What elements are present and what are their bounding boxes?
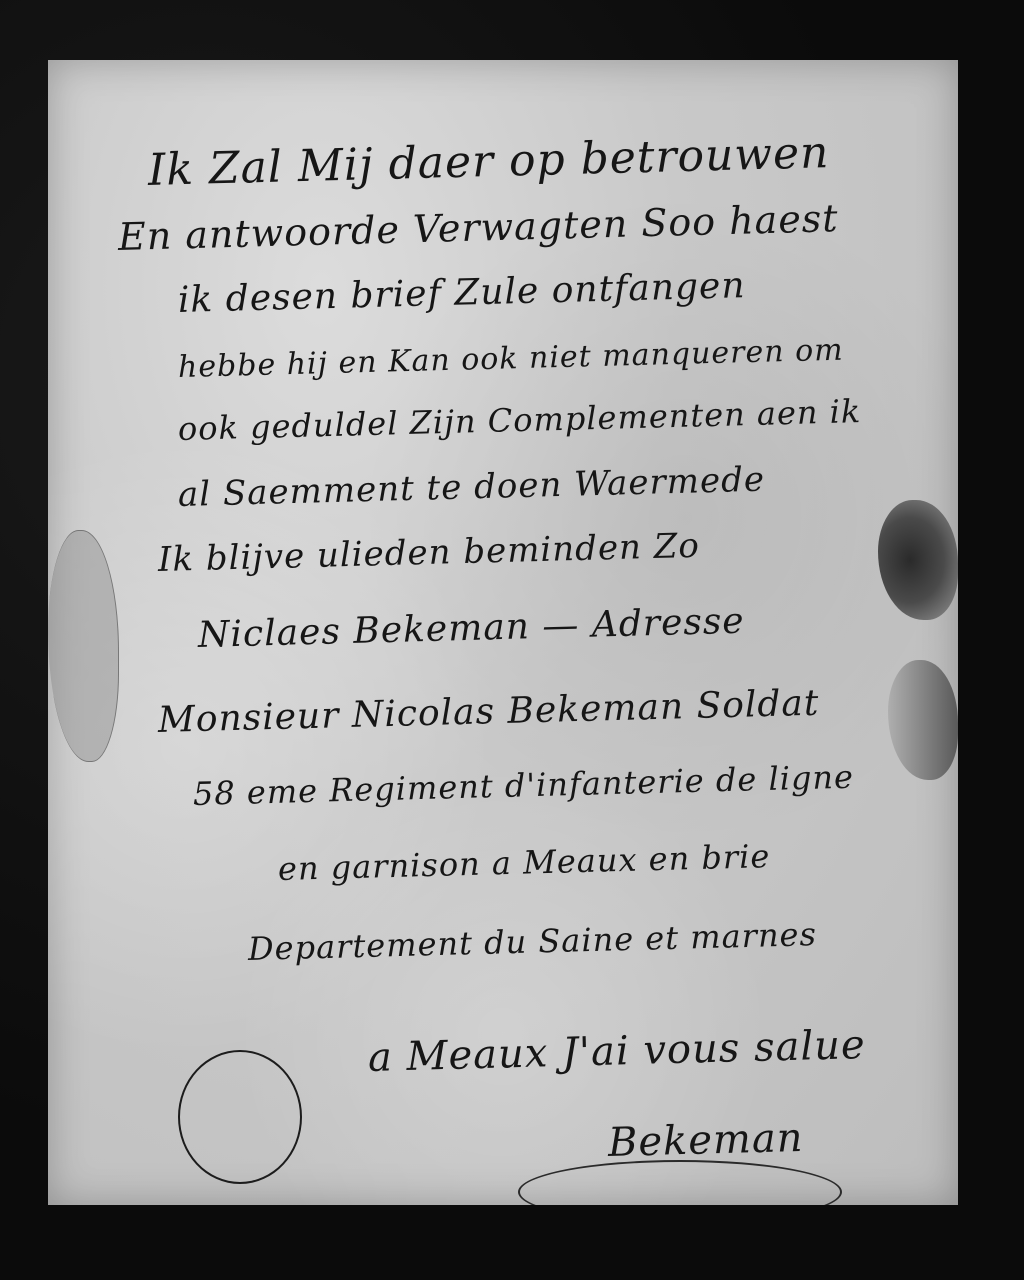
text-line-2: En antwoorde Verwagten Soo haest: [117, 196, 839, 259]
torn-edge-stain: [48, 530, 119, 762]
letter-page: Ik Zal Mij daer op betrouwen En antwoord…: [48, 60, 958, 1205]
text-line-5: ook geduldel Zijn Complementen aen ik: [178, 392, 862, 448]
address-line-2: 58 eme Regiment d'infanterie de ligne: [193, 758, 855, 813]
water-stain: [888, 660, 958, 780]
text-line-8: Niclaes Bekeman — Adresse: [197, 601, 745, 656]
flourish-loop: [178, 1050, 302, 1184]
text-line-3: ik desen brief Zule ontfangen: [177, 265, 746, 321]
text-line-1: Ik Zal Mij daer op betrouwen: [147, 127, 830, 196]
signature-flourish: [518, 1160, 842, 1205]
address-line-4: Departement du Saine et marnes: [248, 915, 818, 968]
signature: Bekeman: [607, 1115, 804, 1166]
ink-blot-stain: [878, 500, 958, 620]
text-line-4: hebbe hij en Kan ook niet manqueren om: [178, 333, 844, 385]
address-line-1: Monsieur Nicolas Bekeman Soldat: [157, 683, 819, 741]
text-line-6: al Saemment te doen Waermede: [177, 460, 765, 515]
closing-line: a Meaux J'ai vous salue: [367, 1022, 866, 1081]
text-line-7: Ik blijve ulieden beminden Zo: [157, 526, 700, 580]
address-line-3: en garnison a Meaux en brie: [278, 837, 771, 888]
